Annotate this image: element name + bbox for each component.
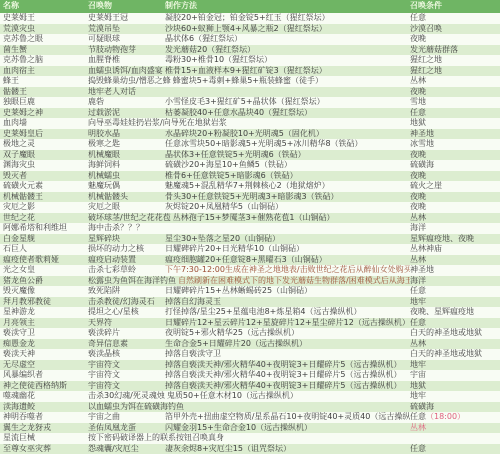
table-row: 血肉宿主血蠕虫诱饵/血肉盛宴椎骨15+血液样本9+猩红矿锭3（猩红祭坛）猩红之地 bbox=[0, 66, 500, 77]
header-craft-method: 制作方法 bbox=[165, 1, 410, 12]
condition-text: 夜晚 bbox=[410, 171, 426, 180]
boss-name-cell: 神之使徒西格纳斯 bbox=[0, 381, 88, 392]
condition-text: 猩红之地 bbox=[410, 55, 442, 64]
condition-text: 发光蘑菇群落 bbox=[410, 45, 458, 54]
boss-summon-guide: 名称 召唤物 制作方法 召唤条件 史莱姆王史莱姆王冠凝胶20+铂金冠；铂金锭5+… bbox=[0, 0, 500, 454]
condition-cell: 任意 bbox=[410, 108, 500, 119]
boss-name-cell: 双子魔眼 bbox=[0, 150, 88, 161]
condition-cell: 丛林 bbox=[410, 339, 500, 350]
table-row: 荒漠灾虫荒漠吊坠沙块60+蚁狮上颚4+风暴之瓶2（猩红祭坛）沙漠召唤 bbox=[0, 24, 500, 35]
table-header-row: 名称 召唤物 制作方法 召唤条件 bbox=[0, 0, 500, 13]
condition-text: 硫磺海 bbox=[410, 160, 434, 169]
condition-cell: 丛林 bbox=[410, 76, 500, 87]
summon-item-cell: 星辉碎块 bbox=[88, 234, 165, 245]
table-row: 灾厄之影灾厄之眼灰烬锭20+凤凰精华5（山铜砧）夜晚 bbox=[0, 202, 500, 213]
boss-name-cell: 阿娜希塔和利维坦 bbox=[0, 223, 88, 234]
condition-cell: 神圣地 bbox=[410, 129, 500, 140]
summon-item-cell: 向导巫毒娃娃扔岩浆/向导死在地狱岩浆 bbox=[88, 118, 229, 129]
boss-name-cell: 血肉宿主 bbox=[0, 66, 88, 77]
boss-name-cell: 菌生蟹 bbox=[0, 45, 88, 56]
recipe-cell: 骨头30+任意铁锭5+光明魂3+暗影魂3（铁砧） bbox=[165, 192, 410, 203]
condition-text: 地牢 bbox=[410, 360, 426, 369]
boss-name-cell: 独眼巨鹿 bbox=[0, 97, 88, 108]
boss-name-cell: 亵渎天神 bbox=[0, 349, 88, 360]
condition-text: 夜晚 bbox=[410, 202, 426, 211]
table-body: 史莱姆王史莱姆王冠凝胶20+铂金冠；铂金锭5+红玉（猩红祭坛）任意荒漠灾虫荒漠吊… bbox=[0, 13, 500, 454]
condition-cell: 地狱 bbox=[410, 118, 500, 129]
condition-cell: 夜晚 bbox=[410, 150, 500, 161]
table-row: 神明吞噬者宇宙之曲箔甲外壳+扭曲虚空物质/星系晶石10+夜明锭40+灵质40（远… bbox=[0, 412, 500, 423]
recipe-cell: 椎骨15+血液样本9+猩红矿锭3（猩红祭坛） bbox=[165, 66, 410, 77]
condition-text: 任意 bbox=[410, 286, 426, 295]
condition-cell: 宇宙 bbox=[410, 370, 500, 381]
recipe-cell: 日耀碎片12+星云碎片12+星旋碎片12+星尘碎片12（远古操纵机） bbox=[165, 318, 410, 329]
table-row: 血肉墙向导巫毒娃娃扔岩浆/向导死在地狱岩浆地狱 bbox=[0, 118, 500, 129]
summon-item-cell: 史莱姆王冠 bbox=[88, 13, 165, 24]
condition-cell: 地狱 bbox=[410, 381, 500, 392]
summon-item-cell: 宇宙符文 bbox=[88, 370, 165, 381]
condition-cell: 硫磺海 bbox=[410, 402, 500, 413]
boss-name-cell: 克苏鲁之脑 bbox=[0, 55, 88, 66]
boss-name-cell: 星流巨械 bbox=[0, 433, 88, 444]
condition-text: 丛林神庙 bbox=[410, 244, 442, 253]
table-row: 史莱姆王史莱姆王冠凝胶20+铂金冠；铂金锭5+红玉（猩红祭坛）任意 bbox=[0, 13, 500, 24]
boss-name-cell: 瘟疫使者歌莉娅 bbox=[0, 255, 88, 266]
condition-text: 夜晚 bbox=[410, 150, 426, 159]
condition-text: 任意 bbox=[410, 412, 426, 421]
recipe-cell: 发光蘑菇20（猩红祭坛） bbox=[165, 45, 410, 56]
boss-name-cell: 毁灭者 bbox=[0, 171, 88, 182]
summon-item-cell: 损坏的动力之核 bbox=[88, 244, 165, 255]
condition-cell: 任意 bbox=[410, 444, 500, 454]
condition-text: 丛林 bbox=[410, 76, 426, 85]
boss-name-cell: 翼生之龙犽戎 bbox=[0, 423, 88, 434]
recipe-cell: 沙块60+蚁狮上颚4+风暴之瓶2（猩红祭坛） bbox=[165, 24, 410, 35]
condition-text: 白天的神圣地或地狱 bbox=[410, 349, 482, 358]
summon-item-cell: 击杀30幻魂/死灵魂烛 bbox=[88, 391, 167, 402]
recipe-cell: 生命合金5+日耀碎片20（远古操纵机） bbox=[165, 339, 410, 350]
summon-item-cell: 可疑眼球 bbox=[88, 34, 165, 45]
table-row: 痴愚金龙奇异信息素生命合金5+日耀碎片20（远古操纵机）丛林 bbox=[0, 339, 500, 350]
boss-name-cell: 毁灭魔像 bbox=[0, 286, 88, 297]
condition-cell: 地牢 bbox=[410, 360, 500, 371]
boss-name-cell: 痴愚金龙 bbox=[0, 339, 88, 350]
condition-text: 白天的神圣地或地狱 bbox=[410, 328, 482, 337]
table-row: 毁灭者机械蠕虫椎骨6+任意铁锭5+暗影魂6（铁砧）夜晚 bbox=[0, 171, 500, 182]
summon-item-cell: 鹿砦 bbox=[88, 97, 165, 108]
condition-cell: 神圣地 bbox=[410, 265, 500, 276]
condition-cell: 任意 bbox=[410, 13, 500, 24]
condition-cell: 发光蘑菇群落 bbox=[410, 45, 500, 56]
condition-cell: 丛林 bbox=[410, 255, 500, 266]
boss-name-cell: 骷髅王 bbox=[0, 87, 88, 98]
condition-cell: 任意 bbox=[410, 318, 500, 329]
summon-item-cell: 击杀教徒/幻海灵石 bbox=[88, 297, 165, 308]
condition-text: 海洋 bbox=[410, 223, 426, 232]
summon-item-cell: 圣佑凤凰龙蛋 bbox=[88, 423, 165, 434]
boss-name-cell: 渎海遗鲛 bbox=[0, 402, 88, 413]
recipe-cell: 枯萎凝胶40+任意水晶块40（猩红祭坛） bbox=[165, 108, 410, 119]
summon-item-cell: 亵渎碎片 bbox=[88, 328, 165, 339]
condition-text: 夜晚 bbox=[410, 87, 426, 96]
condition-cell: 星辉瘟疫地、夜晚 bbox=[410, 234, 500, 245]
recipe-cell: 灰烬锭20+凤凰精华5（山铜砧） bbox=[165, 202, 410, 213]
condition-cell: 丛林 bbox=[410, 423, 500, 434]
summon-item-cell: 血蠕虫诱饵/血肉盛宴 bbox=[88, 66, 165, 77]
table-row: 蜂王捣毁蜂巢幼虫/憎恶之蜂蜂蜜块5+毒刺+蜂巢5+瓶装蜂蜜（徒手）丛林 bbox=[0, 76, 500, 87]
summon-item-cell: 松露虫为鱼饵在海洋钓鱼 bbox=[88, 276, 178, 287]
recipe-cell: 凝胶20+铂金冠；铂金锭5+红玉（猩红祭坛） bbox=[165, 13, 410, 24]
table-row: 双子魔眼机械魔眼晶状体3+任意铁锭5+光明魂6（铁砧）夜晚 bbox=[0, 150, 500, 161]
table-row: 翼生之龙犽戎圣佑凤凰龙蛋闪耀金羽15+生命合金10（远古操纵机）丛林 bbox=[0, 423, 500, 434]
summon-item-cell: 机械魔眼 bbox=[88, 150, 165, 161]
recipe-cell: 水晶碎块20+粉凝胶10+光明魂5（固化机） bbox=[165, 129, 410, 140]
boss-name-cell: 灾厄之影 bbox=[0, 202, 88, 213]
condition-text: 猩红之地 bbox=[410, 66, 442, 75]
table-row: 史莱姆皇后明胶水晶水晶碎块20+粉凝胶10+光明魂5（固化机）神圣地 bbox=[0, 129, 500, 140]
condition-text: 神圣地 bbox=[410, 129, 434, 138]
boss-name-cell: 无尽虚空 bbox=[0, 360, 88, 371]
recipe-cell: 日耀碑碎片15+丛林蜥蜴砖25（山铜砧） bbox=[165, 286, 410, 297]
summon-item-cell: 提坦之心/星核 bbox=[88, 307, 165, 318]
condition-text: 任意 bbox=[410, 444, 426, 453]
recipe-cell: 小雪怪皮毛3+猩红矿5+晶状体（猩红祭坛） bbox=[165, 97, 410, 108]
summon-item-cell: 击杀七彩草蛉 bbox=[88, 265, 165, 276]
summon-item-cell: 地牢老人对话 bbox=[88, 87, 165, 98]
condition-note: （18:00） bbox=[426, 412, 465, 421]
boss-name-cell: 光之女皇 bbox=[0, 265, 88, 276]
summon-item-cell: 明胶水晶 bbox=[88, 129, 165, 140]
table-row: 独眼巨鹿鹿砦小雪怪皮毛3+猩红矿5+晶状体（猩红祭坛）雪地 bbox=[0, 97, 500, 108]
summon-item-cell: 血腥脊椎 bbox=[88, 55, 165, 66]
table-row: 至尊女巫灾葬怨魂囊/灾厄尘凄灰余烬8+灾厄尘15（诅咒祭坛）任意 bbox=[0, 444, 500, 454]
condition-text: 沙漠召唤 bbox=[410, 24, 442, 33]
boss-name-cell: 血肉墙 bbox=[0, 118, 88, 129]
boss-name-cell: 世纪之花 bbox=[0, 213, 88, 224]
boss-name-cell: 史莱姆皇后 bbox=[0, 129, 88, 140]
recipe-cell: 毒粉30+椎骨10（猩红祭坛） bbox=[165, 55, 410, 66]
table-row: 月亮领主天界符日耀碎片12+星云碎片12+星旋碎片12+星尘碎片12（远古操纵机… bbox=[0, 318, 500, 329]
condition-text: 宇宙 bbox=[410, 370, 426, 379]
condition-cell: 雪地 bbox=[410, 97, 500, 108]
summon-item-cell: 海鲜饲料 bbox=[88, 160, 165, 171]
header-boss-name: 名称 bbox=[0, 1, 88, 12]
condition-text: 地狱 bbox=[410, 118, 426, 127]
table-row: 无尽虚空宇宙符文掉落自亵渎天神/邪火精华40+夜明锭3+日耀碎片5（远古操纵机）… bbox=[0, 360, 500, 371]
table-row: 渊海灾虫海鲜饲料硫磺沙20+海星10+鱼鳞5（铁砧）硫磺海 bbox=[0, 160, 500, 171]
recipe-cell: 下午7:30-12:00生成在神圣之地地表/击败世纪之花后从醉仙女处购买 bbox=[165, 265, 410, 276]
boss-name-cell: 星神游龙 bbox=[0, 307, 88, 318]
recipe-cell: 掉落自亵渎天神/邪火精华40+夜明锭3+日耀碎片5（远古操纵机） bbox=[165, 370, 410, 381]
condition-cell: 猩红之地 bbox=[410, 66, 500, 77]
condition-cell: 丛林 bbox=[410, 213, 500, 224]
boss-name-cell: 至尊女巫灾葬 bbox=[0, 444, 88, 454]
condition-cell: 地牢 bbox=[410, 391, 500, 402]
recipe-cell: 箔甲外壳+扭曲虚空物质/星系晶石10+夜明锭40+灵质40（远古操纵机） bbox=[165, 412, 410, 423]
summon-item-cell: 节肢动物孢芽 bbox=[88, 45, 165, 56]
table-row: 硫磺火元素魅魔玩偶魅魔魂5+混乱精华7+荆棘核心2（地狱熔炉）硫火之崖 bbox=[0, 181, 500, 192]
condition-cell: 任意（18:00） bbox=[410, 412, 500, 423]
summon-item-cell: 灾厄之眼 bbox=[88, 202, 165, 213]
summon-item-cell: 荒漠吊坠 bbox=[88, 24, 165, 35]
condition-text: 神圣地 bbox=[410, 265, 434, 274]
table-row: 瘟疫使者歌莉娅瘟疫启动装置瘟疫细胞罐20+任意锭8+黑曜石3（山铜砧）丛林 bbox=[0, 255, 500, 266]
header-summon-condition: 召唤条件 bbox=[410, 1, 500, 12]
boss-name-cell: 史莱姆王 bbox=[0, 13, 88, 24]
summon-item-cell: 瘟疫启动装置 bbox=[88, 255, 165, 266]
boss-name-cell: 克苏鲁之眼 bbox=[0, 34, 88, 45]
table-row: 拜月教邪教徒击杀教徒/幻海灵石掉落自幻海灵玉地牢 bbox=[0, 297, 500, 308]
recipe-cell: 自然刷新在困难模式下的地下发光蘑菇生物群落/困难模式后从海王处购 bbox=[178, 276, 410, 287]
table-row: 菌生蟹节肢动物孢芽发光蘑菇20（猩红祭坛）发光蘑菇群落 bbox=[0, 45, 500, 56]
table-row: 极地之灵极寒之匙任意冰雪块50+暗影魂5+光明魂5+冰川精华8（铁砧）冰雪地 bbox=[0, 139, 500, 150]
condition-text: 地牢 bbox=[410, 391, 426, 400]
recipe-cell: 蜂蜜块5+毒刺+蜂巢5+瓶装蜂蜜（徒手） bbox=[173, 76, 410, 87]
boss-name-cell: 亵渎守卫 bbox=[0, 328, 88, 339]
boss-name-cell: 拜月教邪教徒 bbox=[0, 297, 88, 308]
summon-item-cell: 机械蠕虫 bbox=[88, 171, 165, 182]
summon-item-cell: 以血蠕虫为饵在硫磺海钓鱼 bbox=[88, 402, 186, 413]
boss-name-cell: 硫磺火元素 bbox=[0, 181, 88, 192]
condition-text: 夜晚 bbox=[410, 192, 426, 201]
recipe-cell: 晶状体3+任意铁锭5+光明魂6（铁砧） bbox=[165, 150, 410, 161]
boss-summon-table: 名称 召唤物 制作方法 召唤条件 史莱姆王史莱姆王冠凝胶20+铂金冠；铂金锭5+… bbox=[0, 0, 500, 454]
summon-item-cell: 破坏球茎/世纪之花花苞 bbox=[88, 213, 173, 224]
table-row: 噬魂幽花击杀30幻魂/死灵魂烛鬼质50+任意木材10（远古操纵机）地牢 bbox=[0, 391, 500, 402]
recipe-cell: 星尘30+坠落之星20（山铜砧） bbox=[165, 234, 410, 245]
recipe-cell: 硫磺沙20+海星10+鱼鳞5（铁砧） bbox=[165, 160, 410, 171]
boss-name-cell: 蜂王 bbox=[0, 76, 88, 87]
condition-cell: 沙漠召唤 bbox=[410, 24, 500, 35]
table-row: 白金星舰星辉碎块星尘30+坠落之星20（山铜砧）星辉瘟疫地、夜晚 bbox=[0, 234, 500, 245]
condition-cell: 夜晚 bbox=[410, 202, 500, 213]
condition-cell: 白天的神圣地或地狱 bbox=[410, 328, 500, 339]
boss-name-cell: 风暴编织者 bbox=[0, 370, 88, 381]
recipe-cell: 椎骨6+任意铁锭5+暗影魂6（铁砧） bbox=[165, 171, 410, 182]
boss-name-cell: 神明吞噬者 bbox=[0, 412, 88, 423]
condition-text: 硫火之崖 bbox=[410, 181, 442, 190]
recipe-cell: 魅魔魂5+混乱精华7+荆棘核心2（地狱熔炉） bbox=[165, 181, 410, 192]
condition-text: 冰雪地 bbox=[410, 139, 434, 148]
condition-cell: 海洋 bbox=[410, 223, 500, 234]
condition-text: 丛林 bbox=[410, 339, 426, 348]
boss-name-cell: 噬魂幽花 bbox=[0, 391, 88, 402]
summon-item-cell: 按下密码破译器上的联系按钮召唤真身 bbox=[88, 433, 226, 444]
boss-name-cell: 猪龙鱼公爵 bbox=[0, 276, 88, 287]
recipe-cell: 任意冰雪块50+暗影魂5+光明魂5+冰川精华8（铁砧） bbox=[165, 139, 410, 150]
recipe-cell: 丛林孢子15+梦魇茎3+催熟花苞1（山铜砧） bbox=[173, 213, 410, 224]
recipe-cell: 掉落自亵渎守卫 bbox=[165, 349, 410, 360]
condition-text: 硫磺海 bbox=[410, 402, 434, 411]
condition-text: 丛林 bbox=[410, 213, 426, 222]
table-row: 亵渎守卫亵渎碎片夜明锭5+邪火精华25（远古操纵机）白天的神圣地或地狱 bbox=[0, 328, 500, 339]
table-row: 克苏鲁之眼可疑眼球晶状体6（猩红祭坛）夜晚 bbox=[0, 34, 500, 45]
condition-cell: 夜晚 bbox=[410, 87, 500, 98]
table-row: 毁灭魔像致死陷阱日耀碑碎片15+丛林蜥蜴砖25（山铜砧）任意 bbox=[0, 286, 500, 297]
condition-text: 夜晚、星辉瘟疫地 bbox=[410, 307, 474, 316]
condition-text: 丛林 bbox=[410, 255, 426, 264]
recipe-cell: 掉落自亵渎天神/邪火精华40+夜明锭3+日耀碎片5（远古操纵机） bbox=[165, 360, 410, 371]
recipe-cell: 掉落自亵渎天神/邪火精华40+夜明锭3+日耀碎片5（远古操纵机） bbox=[165, 381, 410, 392]
summon-item-cell: 捣毁蜂巢幼虫/憎恶之蜂 bbox=[88, 76, 173, 87]
table-row: 光之女皇击杀七彩草蛉下午7:30-12:00生成在神圣之地地表/击败世纪之花后从… bbox=[0, 265, 500, 276]
condition-cell: 白天的神圣地或地狱 bbox=[410, 349, 500, 360]
summon-item-cell: 亵渎晶核 bbox=[88, 349, 165, 360]
recipe-cell: 打怪掉落/星尘25+星蕴电池8+炼星箱4（远古操纵机） bbox=[165, 307, 410, 318]
condition-cell: 硫火之崖 bbox=[410, 181, 500, 192]
summon-item-cell: 宇宙符文 bbox=[88, 381, 165, 392]
condition-text: 星辉瘟疫地、夜晚 bbox=[410, 234, 474, 243]
recipe-cell: 瘟疫细胞罐20+任意锭8+黑曜石3（山铜砧） bbox=[165, 255, 410, 266]
condition-text: 任意 bbox=[410, 13, 426, 22]
recipe-cell: 闪耀金羽15+生命合金10（远古操纵机） bbox=[165, 423, 410, 434]
header-summon-item: 召唤物 bbox=[88, 1, 165, 12]
table-row: 世纪之花破坏球茎/世纪之花花苞丛林孢子15+梦魇茎3+催熟花苞1（山铜砧）丛林 bbox=[0, 213, 500, 224]
table-row: 克苏鲁之脑血腥脊椎毒粉30+椎骨10（猩红祭坛）猩红之地 bbox=[0, 55, 500, 66]
condition-text: 雪地 bbox=[410, 97, 426, 106]
summon-item-cell: 机械骷髅头 bbox=[88, 192, 165, 203]
table-row: 猪龙鱼公爵松露虫为鱼饵在海洋钓鱼自然刷新在困难模式下的地下发光蘑菇生物群落/困难… bbox=[0, 276, 500, 287]
condition-cell: 丛林神庙 bbox=[410, 244, 500, 255]
condition-cell: 夜晚、星辉瘟疫地 bbox=[410, 307, 500, 318]
boss-name-cell: 石巨人 bbox=[0, 244, 88, 255]
summon-item-cell: 宇宙之曲 bbox=[88, 412, 165, 423]
summon-item-cell: 极寒之匙 bbox=[88, 139, 165, 150]
table-row: 亵渎天神亵渎晶核掉落自亵渎守卫白天的神圣地或地狱 bbox=[0, 349, 500, 360]
boss-name-cell: 机械骷髅王 bbox=[0, 192, 88, 203]
table-row: 星流巨械按下密码破译器上的联系按钮召唤真身 bbox=[0, 433, 500, 444]
condition-text: 海洋 bbox=[410, 276, 426, 285]
condition-cell: 夜晚 bbox=[410, 192, 500, 203]
recipe-cell: 掉落自幻海灵玉 bbox=[165, 297, 410, 308]
summon-item-cell: 奇异信息素 bbox=[88, 339, 165, 350]
recipe-cell: 晶状体6（猩红祭坛） bbox=[165, 34, 410, 45]
summon-item-cell: 天界符 bbox=[88, 318, 165, 329]
condition-cell: 地牢 bbox=[410, 297, 500, 308]
table-row: 风暴编织者宇宙符文掉落自亵渎天神/邪火精华40+夜明锭3+日耀碎片5（远古操纵机… bbox=[0, 370, 500, 381]
condition-text: 地狱 bbox=[410, 381, 426, 390]
recipe-cell: 夜明锭5+邪火精华25（远古操纵机） bbox=[165, 328, 410, 339]
recipe-cell: 鬼质50+任意木材10（远古操纵机） bbox=[167, 391, 410, 402]
condition-cell: 海洋 bbox=[410, 276, 500, 287]
condition-text: 夜晚 bbox=[410, 34, 426, 43]
boss-name-cell: 白金星舰 bbox=[0, 234, 88, 245]
table-row: 神之使徒西格纳斯宇宙符文掉落自亵渎天神/邪火精华40+夜明锭3+日耀碎片5（远古… bbox=[0, 381, 500, 392]
summon-item-cell: 过载淤泥 bbox=[88, 108, 165, 119]
condition-text: 任意 bbox=[410, 318, 426, 327]
condition-text: 任意 bbox=[410, 108, 426, 117]
table-row: 机械骷髅王机械骷髅头骨头30+任意铁锭5+光明魂3+暗影魂3（铁砧）夜晚 bbox=[0, 192, 500, 203]
boss-name-cell: 渊海灾虫 bbox=[0, 160, 88, 171]
table-row: 渎海遗鲛以血蠕虫为饵在硫磺海钓鱼硫磺海 bbox=[0, 402, 500, 413]
table-row: 史莱姆之神过载淤泥枯萎凝胶40+任意水晶块40（猩红祭坛）任意 bbox=[0, 108, 500, 119]
recipe-cell: 日耀碑碎片20+日光精华10（山铜砧） bbox=[165, 244, 410, 255]
boss-name-cell: 史莱姆之神 bbox=[0, 108, 88, 119]
condition-text: 地牢 bbox=[410, 297, 426, 306]
boss-name-cell: 月亮领主 bbox=[0, 318, 88, 329]
summon-item-cell: 致死陷阱 bbox=[88, 286, 165, 297]
table-row: 骷髅王地牢老人对话夜晚 bbox=[0, 87, 500, 98]
recipe-cell: 凄灰余烬8+灾厄尘15（诅咒祭坛） bbox=[165, 444, 410, 454]
condition-cell: 猩红之地 bbox=[410, 55, 500, 66]
table-row: 阿娜希塔和利维坦海中击杀？？？海洋 bbox=[0, 223, 500, 234]
summon-item-cell: 宇宙符文 bbox=[88, 360, 165, 371]
condition-cell: 硫磺海 bbox=[410, 160, 500, 171]
condition-cell: 夜晚 bbox=[410, 171, 500, 182]
boss-name-cell: 荒漠灾虫 bbox=[0, 24, 88, 35]
table-row: 石巨人损坏的动力之核日耀碑碎片20+日光精华10（山铜砧）丛林神庙 bbox=[0, 244, 500, 255]
condition-text: 丛林 bbox=[410, 423, 426, 432]
table-row: 星神游龙提坦之心/星核打怪掉落/星尘25+星蕴电池8+炼星箱4（远古操纵机）夜晚… bbox=[0, 307, 500, 318]
boss-name-cell: 极地之灵 bbox=[0, 139, 88, 150]
summon-item-cell: 海中击杀？？？ bbox=[88, 223, 165, 234]
condition-cell: 任意 bbox=[410, 286, 500, 297]
summon-item-cell: 魅魔玩偶 bbox=[88, 181, 165, 192]
condition-cell: 夜晚 bbox=[410, 34, 500, 45]
summon-item-cell: 怨魂囊/灾厄尘 bbox=[88, 444, 165, 454]
condition-cell: 冰雪地 bbox=[410, 139, 500, 150]
